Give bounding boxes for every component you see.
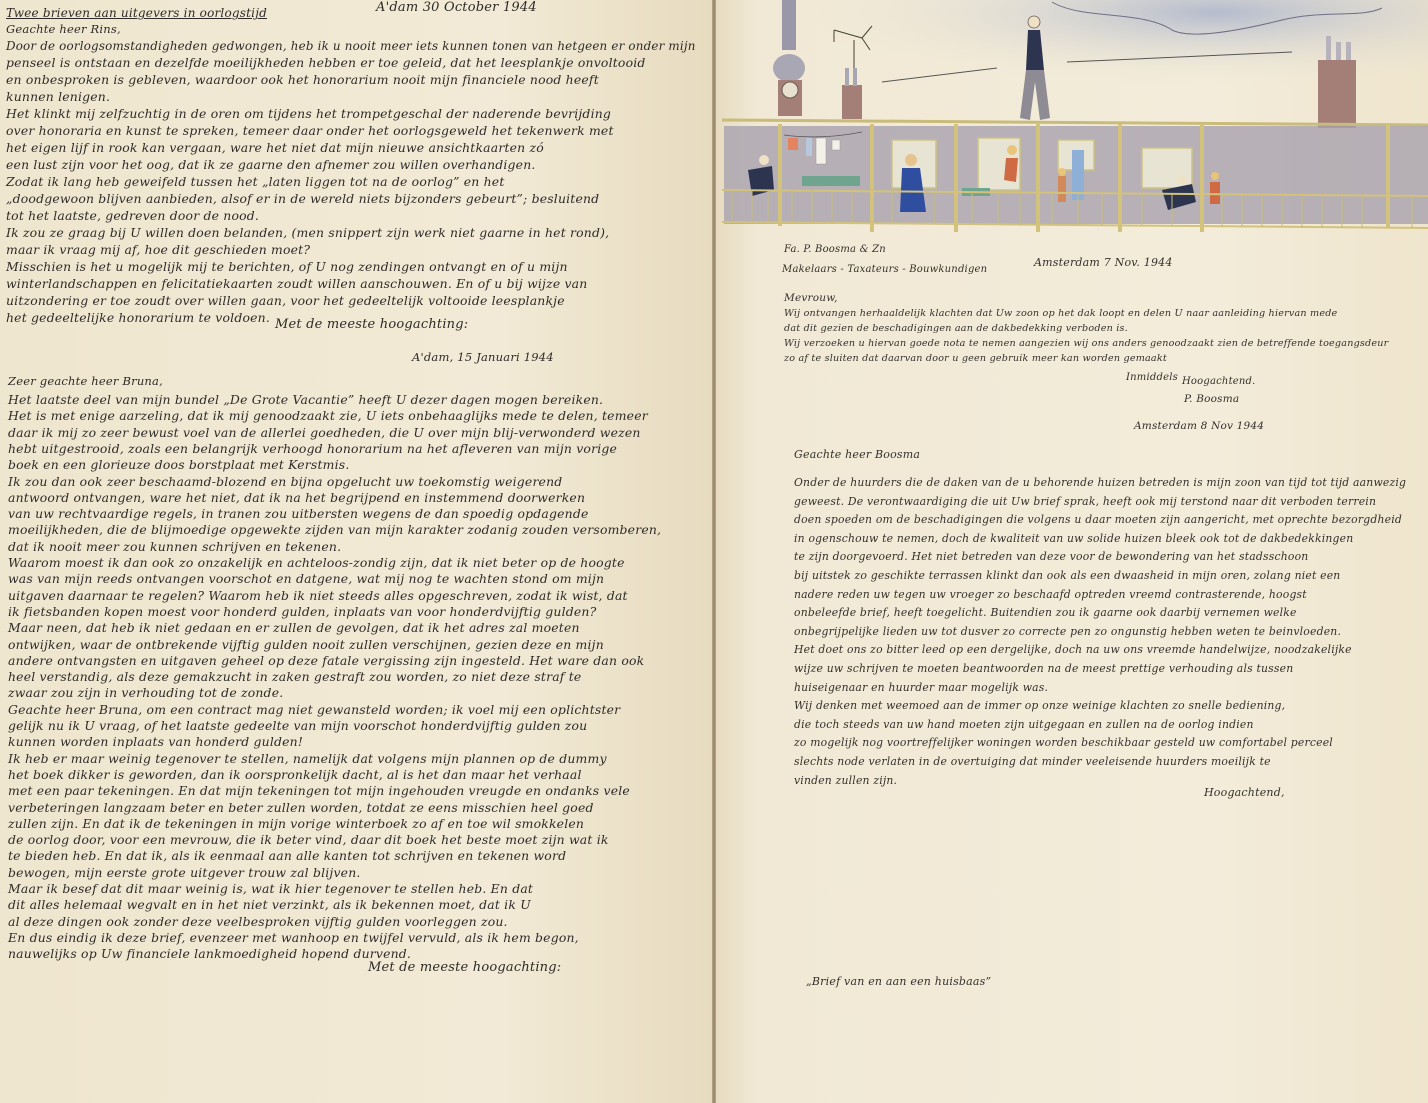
handwritten-line: Wij denken met weemoed aan de immer op o… <box>794 699 1285 712</box>
handwritten-line: het boek dikker is geworden, dan ik oors… <box>8 767 582 782</box>
handwritten-line: Zodat ik lang heb geweifeld tussen het „… <box>6 174 505 189</box>
handwritten-line: kunnen worden inplaats van honderd gulde… <box>8 734 303 749</box>
letter2-salutation: Zeer geachte heer Bruna, <box>8 374 163 388</box>
handwritten-line: dat ik nooit meer zou kunnen schrijven e… <box>8 539 341 554</box>
handwritten-line: van uw rechtvaardige regels, in tranen z… <box>8 506 589 521</box>
handwritten-line: bewogen, mijn eerste grote uitgever trou… <box>8 865 361 880</box>
book-spine <box>712 0 716 1103</box>
handwritten-line: ontwijken, waar de ontbrekende vijftig g… <box>8 637 604 652</box>
letter2-date: A'dam, 15 Januari 1944 <box>412 350 554 364</box>
page-heading: Twee brieven aan uitgevers in oorlogstij… <box>6 6 267 20</box>
handwritten-line: Geachte heer Bruna, om een contract mag … <box>8 702 620 717</box>
right-page: Fa. P. Boosma & Zn Makelaars - Taxateurs… <box>714 0 1428 1103</box>
handwritten-line: Misschien is het u mogelijk mij te beric… <box>6 259 568 274</box>
handwritten-line: kunnen lenigen. <box>6 89 110 104</box>
handwritten-line: bij uitstek zo geschikte terrassen klink… <box>794 569 1340 582</box>
handwritten-line: doen spoeden om de beschadigingen die vo… <box>794 513 1402 526</box>
handwritten-line: in ogenschouw te nemen, doch de kwalitei… <box>794 532 1353 545</box>
letter2-closing: Met de meeste hoogachting: <box>368 960 561 975</box>
handwritten-line: uitgaven daarnaar te regelen? Waarom heb… <box>8 588 628 603</box>
handwritten-line: het gedeeltelijke honorarium te voldoen. <box>6 310 270 325</box>
handwritten-line: boek en een glorieuze doos borstplaat me… <box>8 457 349 472</box>
letter3-meanwhile: Inmiddels <box>1126 372 1178 383</box>
letter3-signature: P. Boosma <box>1184 393 1239 405</box>
handwritten-line: Wij ontvangen herhaaldelijk klachten dat… <box>784 308 1337 319</box>
handwritten-line: wijze uw schrijven te moeten beantwoorde… <box>794 662 1293 675</box>
handwritten-line: antwoord ontvangen, ware het niet, dat i… <box>8 490 585 505</box>
handwritten-line: onbegrijpelijke lieden uw tot dusver zo … <box>794 625 1341 638</box>
letter4-date: Amsterdam 8 Nov 1944 <box>1134 420 1264 432</box>
handwritten-line: Maar ik besef dat dit maar weinig is, wa… <box>8 881 533 896</box>
handwritten-line: huiseigenaar en huurder maar mogelijk wa… <box>794 681 1048 694</box>
illustration-caption: „Brief van en aan een huisbaas” <box>806 975 991 988</box>
handwritten-line: een lust zijn voor het oog, dat ik ze ga… <box>6 157 536 172</box>
letter4-closing: Hoogachtend, <box>1204 786 1285 799</box>
handwritten-line: gelijk nu ik U vraag, of het laatste ged… <box>8 718 587 733</box>
handwritten-line: te bieden heb. En dat ik, als ik eenmaal… <box>8 848 566 863</box>
handwritten-line: Onder de huurders die de daken van de u … <box>794 476 1406 489</box>
handwritten-line: te zijn doorgevoerd. Het niet betreden v… <box>794 550 1308 563</box>
handwritten-line: Ik zou ze graag bij U willen doen beland… <box>6 225 609 240</box>
handwritten-line: de oorlog door, voor een mevrouw, die ik… <box>8 832 609 847</box>
handwritten-line: geweest. De verontwaardiging die uit Uw … <box>794 495 1376 508</box>
handwritten-line: Het is met enige aarzeling, dat ik mij g… <box>8 408 648 423</box>
handwritten-line: Ik heb er maar weinig tegenover te stell… <box>8 751 607 766</box>
handwritten-line: zullen zijn. En dat ik de tekeningen in … <box>8 816 584 831</box>
left-page: Twee brieven aan uitgevers in oorlogstij… <box>0 0 714 1103</box>
handwritten-line: zo mogelijk nog voortreffelijker woninge… <box>794 736 1333 749</box>
handwritten-line: dit alles helemaal wegvalt en in het nie… <box>8 897 531 912</box>
handwritten-line: winterlandschappen en felicitatiekaarten… <box>6 276 587 291</box>
letter3-date: Amsterdam 7 Nov. 1944 <box>1034 256 1173 269</box>
handwritten-line: Maar neen, dat heb ik niet gedaan en er … <box>8 620 580 635</box>
handwritten-line: En dus eindig ik deze brief, evenzeer me… <box>8 930 579 945</box>
handwritten-line: moeilijkheden, die de blijmoedige opgewe… <box>8 522 661 537</box>
handwritten-line: slechts node verlaten in de overtuiging … <box>794 755 1271 768</box>
handwritten-line: Het laatste deel van mijn bundel „De Gro… <box>8 392 603 407</box>
handwritten-line: Het doet ons zo bitter leed op een derge… <box>794 643 1352 656</box>
handwritten-line: die toch steeds van uw hand moeten zijn … <box>794 718 1254 731</box>
handwritten-line: verbeteringen langzaam beter en beter zu… <box>8 800 594 815</box>
handwritten-line: onbeleefde brief, heeft toegelicht. Buit… <box>794 606 1297 619</box>
handwritten-line: daar ik mij zo zeer bewust voel van de a… <box>8 425 641 440</box>
handwritten-line: „doodgewoon blijven aanbieden, alsof er … <box>6 191 599 206</box>
handwritten-line: Door de oorlogsomstandigheden gedwongen,… <box>6 38 696 53</box>
letter3-salutation: Mevrouw, <box>784 292 838 304</box>
handwritten-line: en onbesproken is gebleven, waardoor ook… <box>6 72 599 87</box>
handwritten-line: andere ontvangsten en uitgaven geheel op… <box>8 653 644 668</box>
handwritten-line: maar ik vraag mij af, hoe dit geschieden… <box>6 242 310 257</box>
handwritten-line: nauwelijks op Uw financiele lankmoedighe… <box>8 946 411 961</box>
handwritten-line: dat dit gezien de beschadigingen aan de … <box>784 323 1128 334</box>
letter3-sender-trade: Makelaars - Taxateurs - Bouwkundigen <box>782 264 987 275</box>
handwritten-line: Het klinkt mij zelfzuchtig in de oren om… <box>6 106 611 121</box>
handwritten-line: nadere reden uw tegen uw vroeger zo besc… <box>794 588 1307 601</box>
handwritten-line: zwaar zou zijn in verhouding tot de zond… <box>8 685 283 700</box>
handwritten-line: Waarom moest ik dan ook zo onzakelijk en… <box>8 555 625 570</box>
letter1-salutation: Geachte heer Rins, <box>6 22 121 36</box>
handwritten-line: penseel is ontstaan en dezelfde moeilijk… <box>6 55 646 70</box>
letter1-closing: Met de meeste hoogachting: <box>275 317 468 332</box>
handwritten-line: met een paar tekeningen. En dat mijn tek… <box>8 783 630 798</box>
handwritten-line: tot het laatste, gedreven door de nood. <box>6 208 259 223</box>
handwritten-line: vinden zullen zijn. <box>794 774 897 787</box>
handwritten-line: over honoraria en kunst te spreken, teme… <box>6 123 614 138</box>
handwritten-line: heel verstandig, als deze gemakzucht in … <box>8 669 581 684</box>
notebook-spread: Twee brieven aan uitgevers in oorlogstij… <box>0 0 1428 1103</box>
handwritten-line: al deze dingen ook zonder deze veelbespr… <box>8 914 508 929</box>
letter3-closing: Hoogachtend. <box>1182 376 1256 387</box>
handwritten-line: het eigen lijf in rook kan vergaan, ware… <box>6 140 544 155</box>
letter4-salutation: Geachte heer Boosma <box>794 448 920 461</box>
handwritten-line: ik fietsbanden kopen moest voor honderd … <box>8 604 596 619</box>
letter3-sender-name: Fa. P. Boosma & Zn <box>784 244 886 255</box>
rooftop-balconies-illustration <box>722 0 1428 240</box>
letter1-date: A'dam 30 October 1944 <box>376 0 537 15</box>
handwritten-line: hebt uitgestrooid, zoals een belangrijk … <box>8 441 617 456</box>
handwritten-line: zo af te sluiten dat daarvan door u geen… <box>784 353 1167 364</box>
handwritten-line: Wij verzoeken u hiervan goede nota te ne… <box>784 338 1388 349</box>
handwritten-line: was van mijn reeds ontvangen voorschot e… <box>8 571 604 586</box>
handwritten-line: uitzondering er toe zoudt over willen ga… <box>6 293 565 308</box>
handwritten-line: Ik zou dan ook zeer beschaamd-blozend en… <box>8 474 562 489</box>
